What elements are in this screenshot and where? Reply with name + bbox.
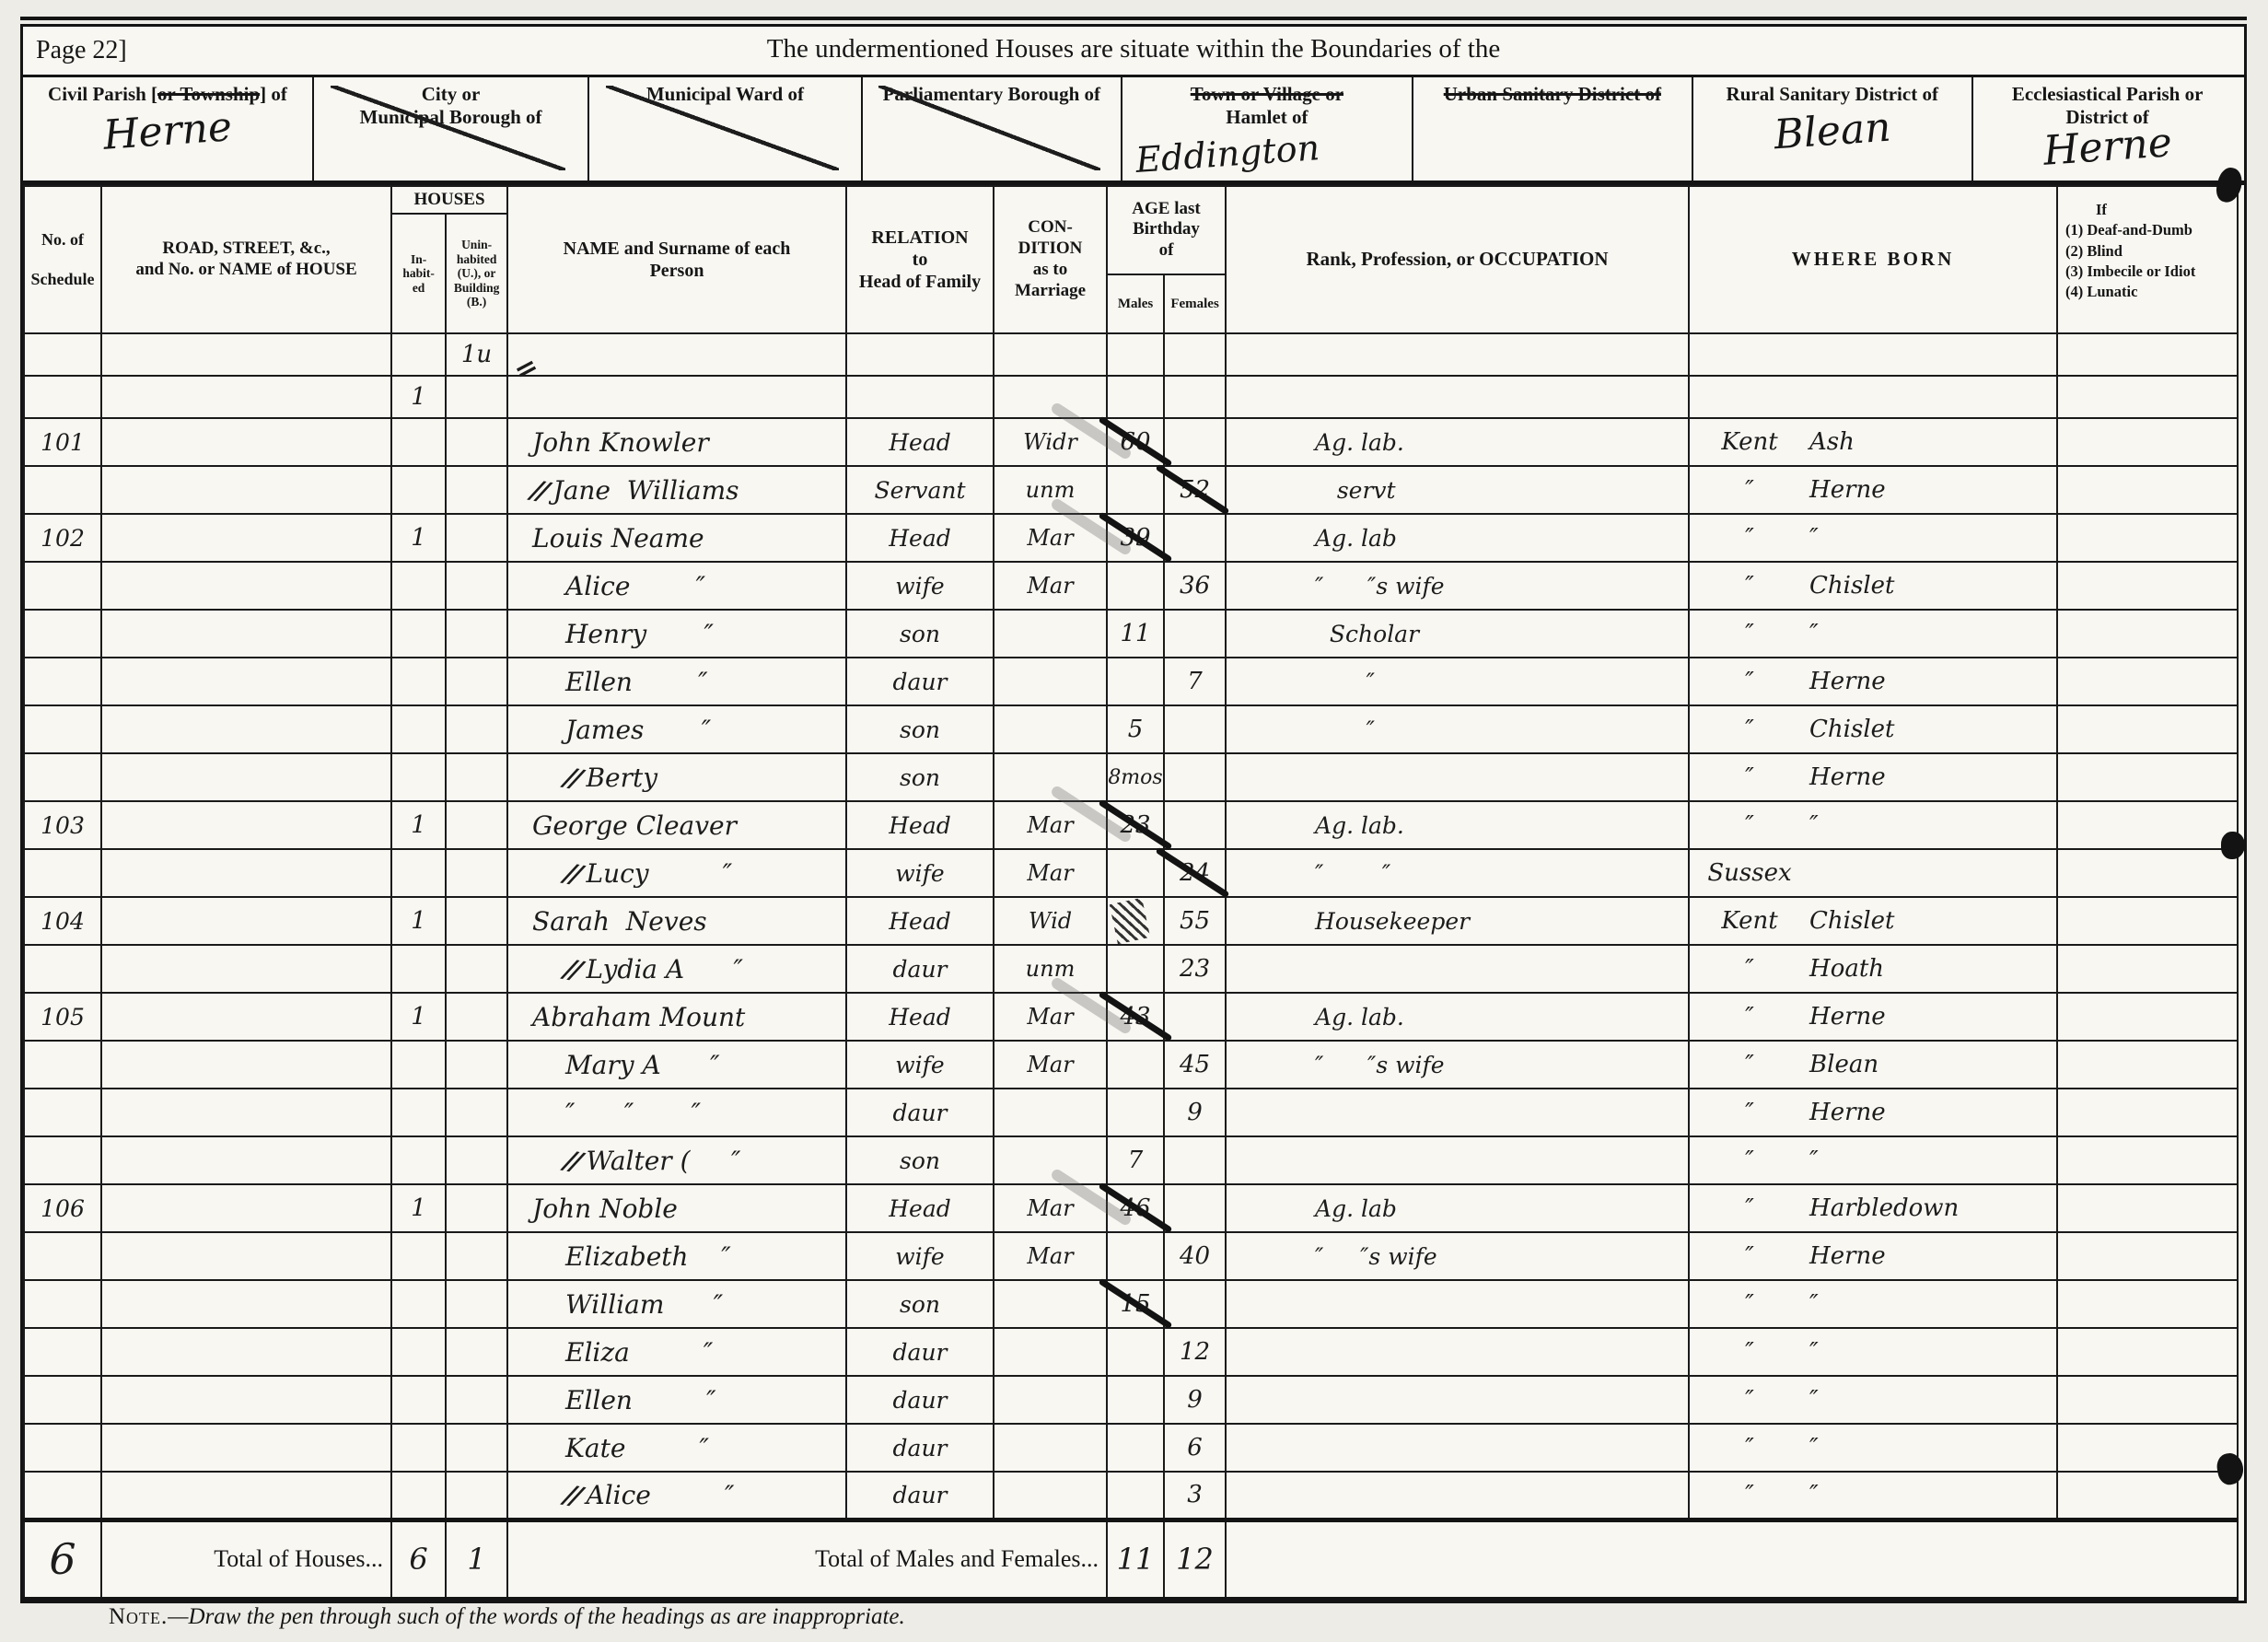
inhabited-cell: 1: [391, 1184, 446, 1232]
condition-cell: [994, 1328, 1107, 1376]
infirmities-cell: [2057, 466, 2238, 514]
inhabited-subheader: In- habit- ed: [392, 215, 447, 332]
occupation-cell: [1226, 376, 1689, 418]
where-born-cell: ″″: [1689, 1280, 2057, 1328]
uninhabited-cell: [446, 466, 507, 514]
age-females-cell: 9: [1164, 1376, 1226, 1424]
age-males-cell: [1107, 562, 1164, 610]
road-cell: [101, 333, 391, 376]
name-cell: ″ ″ ″: [507, 1089, 846, 1136]
infirmities-cell: [2057, 1376, 2238, 1424]
age-males-cell: [1107, 945, 1164, 993]
where-born-cell: ″″: [1689, 1136, 2057, 1184]
road-cell: [101, 1328, 391, 1376]
inhabited-cell: [391, 1089, 446, 1136]
where-born-cell: Sussex: [1689, 849, 2057, 897]
road-cell: [101, 993, 391, 1041]
where-born-cell: ″Herne: [1689, 1232, 2057, 1280]
age-males-cell: [1107, 1041, 1164, 1089]
occupation-cell: Ag. lab.: [1226, 801, 1689, 849]
table-row: William ″son15″″: [24, 1280, 2238, 1328]
age-females-cell: [1164, 753, 1226, 801]
condition-cell: Widr: [994, 418, 1107, 466]
condition-cell: Mar: [994, 514, 1107, 562]
district-header: Civil Parish [or Township] of Herne City…: [23, 77, 2244, 185]
name-cell: John Knowler: [507, 418, 846, 466]
table-row: //Alice ″daur3″″: [24, 1472, 2238, 1520]
table-row: //Lucy ″wifeMar24″ ″Sussex: [24, 849, 2238, 897]
infirmities-cell: [2057, 897, 2238, 945]
relation-cell: Head: [846, 1184, 994, 1232]
infirmities-cell: [2057, 610, 2238, 658]
schedule-cell: [24, 705, 101, 753]
where-born-cell: [1689, 333, 2057, 376]
condition-cell: [994, 1472, 1107, 1520]
table-row: Alice ″wifeMar36″ ″s wife″Chislet: [24, 562, 2238, 610]
relation-cell: son: [846, 610, 994, 658]
relation-cell: Servant: [846, 466, 994, 514]
age-females-cell: 55: [1164, 897, 1226, 945]
occupation-cell: ″ ″s wife: [1226, 562, 1689, 610]
town-village-value: Eddington: [1127, 121, 1407, 181]
schedule-cell: [24, 1280, 101, 1328]
occupation-cell: ″ ″s wife: [1226, 1041, 1689, 1089]
inhabited-cell: [391, 418, 446, 466]
schedule-cell: 101: [24, 418, 101, 466]
road-cell: [101, 1184, 391, 1232]
relation-cell: daur: [846, 1089, 994, 1136]
road-cell: [101, 1424, 391, 1472]
age-males-cell: [1107, 658, 1164, 705]
schedule-cell: 102: [24, 514, 101, 562]
infirmities-cell: [2057, 945, 2238, 993]
table-row: Eliza ″daur12″″: [24, 1328, 2238, 1376]
infirmities-cell: [2057, 514, 2238, 562]
uninhabited-cell: [446, 610, 507, 658]
schedule-cell: [24, 333, 101, 376]
where-born-cell: ″Chislet: [1689, 562, 2057, 610]
age-females-cell: 23: [1164, 945, 1226, 993]
age-males-cell: [1107, 376, 1164, 418]
where-born-cell: ″Herne: [1689, 993, 2057, 1041]
occupation-cell: Ag. lab: [1226, 514, 1689, 562]
occupation-cell: Ag. lab.: [1226, 993, 1689, 1041]
occupation-cell: ″: [1226, 705, 1689, 753]
inhabited-cell: [391, 1376, 446, 1424]
occupation-cell: Ag. lab: [1226, 1184, 1689, 1232]
table-row: 1031George CleaverHeadMar23Ag. lab.″″: [24, 801, 2238, 849]
name-cell: Sarah Neves: [507, 897, 846, 945]
infirmities-cell: [2057, 333, 2238, 376]
relation-cell: son: [846, 753, 994, 801]
civil-parish-cell: Civil Parish [or Township] of Herne: [23, 77, 314, 181]
age-males-cell: [1107, 897, 1164, 945]
road-cell: [101, 1232, 391, 1280]
inhabited-cell: [391, 333, 446, 376]
infirmities-cell: [2057, 418, 2238, 466]
occupation-cell: [1226, 1136, 1689, 1184]
total-inhabited-value: 6: [391, 1520, 446, 1599]
age-females-cell: [1164, 1280, 1226, 1328]
age-females-cell: 9: [1164, 1089, 1226, 1136]
condition-cell: Mar: [994, 1041, 1107, 1089]
age-males-cell: [1107, 1472, 1164, 1520]
uninhabited-cell: [446, 1424, 507, 1472]
where-born-cell: ″″: [1689, 1328, 2057, 1376]
condition-cell: [994, 705, 1107, 753]
table-row: ″ ″ ″daur9″Herne: [24, 1089, 2238, 1136]
schedule-cell: [24, 1041, 101, 1089]
relation-cell: wife: [846, 1232, 994, 1280]
road-cell: [101, 1280, 391, 1328]
where-born-cell: ″″: [1689, 801, 2057, 849]
road-cell: [101, 466, 391, 514]
schedule-cell: [24, 562, 101, 610]
where-born-cell: ″Hoath: [1689, 945, 2057, 993]
road-cell: [101, 610, 391, 658]
occupation-cell: [1226, 945, 1689, 993]
where-born-cell: ″Chislet: [1689, 705, 2057, 753]
infirmities-cell: [2057, 658, 2238, 705]
infirmities-cell: [2057, 849, 2238, 897]
inhabited-cell: 1: [391, 897, 446, 945]
inhabited-cell: [391, 1136, 446, 1184]
uninhabited-cell: [446, 514, 507, 562]
age-males-cell: [1107, 849, 1164, 897]
relation-cell: daur: [846, 1328, 994, 1376]
relation-cell: Head: [846, 897, 994, 945]
uninhabited-cell: [446, 705, 507, 753]
table-row: 1061John NobleHeadMar46Ag. lab″Harbledow…: [24, 1184, 2238, 1232]
uninhabited-cell: [446, 897, 507, 945]
age-males-cell: [1107, 333, 1164, 376]
parliamentary-borough-label: Parliamentary Borough of: [868, 83, 1115, 106]
houses-group-label: HOUSES: [392, 187, 506, 215]
condition-cell: Mar: [994, 993, 1107, 1041]
age-females-cell: [1164, 801, 1226, 849]
page-title: The undermentioned Houses are situate wi…: [23, 34, 2244, 64]
name-cell: [507, 376, 846, 418]
inhabited-cell: [391, 753, 446, 801]
footnote: Note.—Draw the pen through such of the w…: [109, 1604, 905, 1630]
uninhabited-cell: [446, 1328, 507, 1376]
uninhabited-cell: [446, 1041, 507, 1089]
where-born-cell: ″Harbledown: [1689, 1184, 2057, 1232]
where-born-cell: ″Blean: [1689, 1041, 2057, 1089]
road-cell: [101, 849, 391, 897]
relation-cell: [846, 376, 994, 418]
age-males-cell: 46: [1107, 1184, 1164, 1232]
schedule-cell: 103: [24, 801, 101, 849]
road-cell: [101, 514, 391, 562]
occupation-cell: [1226, 1472, 1689, 1520]
title-row: Page 22] The undermentioned Houses are s…: [23, 27, 2244, 77]
road-cell: [101, 1376, 391, 1424]
census-sheet: Page 22] The undermentioned Houses are s…: [20, 24, 2247, 1603]
age-males-cell: 8mos: [1107, 753, 1164, 801]
total-uninhabited-value: 1: [446, 1520, 507, 1599]
total-males-value: 11: [1107, 1520, 1164, 1599]
uninhabited-cell: 1u=: [446, 333, 507, 376]
schedule-column-header: No. of Schedule: [24, 186, 101, 333]
infirmities-cell: [2057, 1184, 2238, 1232]
road-cell: [101, 376, 391, 418]
road-cell: [101, 418, 391, 466]
road-cell: [101, 658, 391, 705]
census-table: No. of Schedule ROAD, STREET, &c., and N…: [23, 185, 2239, 1601]
name-cell: John Noble: [507, 1184, 846, 1232]
schedule-cell: [24, 1232, 101, 1280]
age-males-cell: 11: [1107, 610, 1164, 658]
table-row: //Walter ( ″son7″″: [24, 1136, 2238, 1184]
table-row: 1: [24, 376, 2238, 418]
infirmities-cell: [2057, 753, 2238, 801]
infirmities-cell: [2057, 705, 2238, 753]
uninhabited-cell: [446, 753, 507, 801]
totals-row: 6 Total of Houses... 6 1 Total of Males …: [24, 1520, 2238, 1599]
totals-empty-cell: [1226, 1520, 2238, 1599]
parliamentary-borough-cell: Parliamentary Borough of: [863, 77, 1122, 181]
inhabited-cell: [391, 562, 446, 610]
age-females-cell: [1164, 993, 1226, 1041]
name-cell: Eliza ″: [507, 1328, 846, 1376]
relation-cell: wife: [846, 1041, 994, 1089]
schedule-cell: [24, 1089, 101, 1136]
census-page: { "page": { "page_label": "Page 22]", "t…: [0, 0, 2268, 1642]
condition-cell: unm: [994, 466, 1107, 514]
age-group-label: AGE last Birthday of: [1108, 187, 1225, 275]
condition-cell: [994, 1424, 1107, 1472]
inhabited-cell: 1: [391, 376, 446, 418]
age-females-cell: 12: [1164, 1328, 1226, 1376]
condition-cell: Mar: [994, 801, 1107, 849]
inhabited-cell: [391, 1472, 446, 1520]
name-cell: //Lydia A ″: [507, 945, 846, 993]
infirmities-cell: [2057, 801, 2238, 849]
relation-cell: daur: [846, 945, 994, 993]
name-cell: James ″: [507, 705, 846, 753]
ecclesiastical-parish-cell: Ecclesiastical Parish or District of Her…: [1973, 77, 2242, 181]
table-row: Mary A ″wifeMar45″ ″s wife″Blean: [24, 1041, 2238, 1089]
houses-column-header: HOUSES In- habit- ed Unin- habited (U.),…: [391, 186, 507, 333]
condition-cell: [994, 658, 1107, 705]
age-males-cell: [1107, 1089, 1164, 1136]
relation-cell: Head: [846, 514, 994, 562]
condition-cell: [994, 1376, 1107, 1424]
uninhabited-cell: [446, 1136, 507, 1184]
condition-cell: [994, 753, 1107, 801]
inhabited-cell: [391, 610, 446, 658]
where-born-cell: ″″: [1689, 514, 2057, 562]
uninhabited-cell: [446, 1089, 507, 1136]
table-row: 1041Sarah NevesHeadWid55HousekeeperKentC…: [24, 897, 2238, 945]
road-cell: [101, 1472, 391, 1520]
age-males-cell: [1107, 1232, 1164, 1280]
relation-cell: Head: [846, 801, 994, 849]
inhabited-cell: 1: [391, 801, 446, 849]
name-cell: [507, 333, 846, 376]
age-males-cell: [1107, 1376, 1164, 1424]
census-table-body: 1u=1101John KnowlerHeadWidr60Ag. lab.Ken…: [24, 333, 2238, 1520]
inhabited-cell: [391, 1232, 446, 1280]
uninhabited-cell: [446, 1232, 507, 1280]
age-males-cell: 23: [1107, 801, 1164, 849]
uninhabited-cell: [446, 849, 507, 897]
age-females-cell: [1164, 418, 1226, 466]
uninhabited-cell: [446, 562, 507, 610]
age-females-cell: [1164, 1136, 1226, 1184]
road-cell: [101, 705, 391, 753]
occupation-cell: [1226, 753, 1689, 801]
table-row: //Jane WilliamsServantunm52 servt″Herne: [24, 466, 2238, 514]
infirmities-cell: [2057, 1328, 2238, 1376]
schedule-cell: [24, 376, 101, 418]
uninhabited-cell: [446, 1376, 507, 1424]
age-females-cell: 3: [1164, 1472, 1226, 1520]
relation-cell: son: [846, 1136, 994, 1184]
age-males-cell: 60: [1107, 418, 1164, 466]
name-cell: Kate ″: [507, 1424, 846, 1472]
name-cell: Elizabeth ″: [507, 1232, 846, 1280]
occupation-cell: [1226, 333, 1689, 376]
inhabited-cell: [391, 849, 446, 897]
table-row: 1051Abraham MountHeadMar43Ag. lab.″Herne: [24, 993, 2238, 1041]
name-cell: George Cleaver: [507, 801, 846, 849]
schedule-cell: [24, 1424, 101, 1472]
relation-cell: son: [846, 1280, 994, 1328]
total-houses-label: Total of Houses...: [101, 1520, 391, 1599]
municipal-ward-label: Municipal Ward of: [595, 83, 855, 106]
uninhabited-cell: [446, 945, 507, 993]
inhabited-cell: [391, 466, 446, 514]
name-cell: Henry ″: [507, 610, 846, 658]
condition-cell: [994, 376, 1107, 418]
age-females-cell: [1164, 610, 1226, 658]
relation-cell: Head: [846, 418, 994, 466]
age-females-cell: [1164, 514, 1226, 562]
condition-cell: [994, 1089, 1107, 1136]
table-row: Kate ″daur6″″: [24, 1424, 2238, 1472]
infirmities-cell: [2057, 1424, 2238, 1472]
uninhabited-cell: [446, 801, 507, 849]
rural-sanitary-value: Blean: [1697, 99, 1967, 164]
occupation-cell: ″ ″s wife: [1226, 1232, 1689, 1280]
age-females-cell: 36: [1164, 562, 1226, 610]
relation-cell: wife: [846, 562, 994, 610]
total-males-females-label: Total of Males and Females...: [507, 1520, 1107, 1599]
urban-sanitary-cell: Urban Sanitary District of: [1413, 77, 1693, 181]
road-cell: [101, 801, 391, 849]
schedule-cell: [24, 658, 101, 705]
rural-sanitary-cell: Rural Sanitary District of Blean: [1693, 77, 1973, 181]
age-females-cell: [1164, 333, 1226, 376]
road-cell: [101, 1089, 391, 1136]
condition-cell: Mar: [994, 562, 1107, 610]
relation-cell: daur: [846, 658, 994, 705]
municipal-borough-cell: City or Municipal Borough of: [314, 77, 589, 181]
table-row: //Bertyson8mos″Herne: [24, 753, 2238, 801]
uninhabited-cell: [446, 1280, 507, 1328]
uninhabited-subheader: Unin- habited (U.), or Building (B.): [447, 215, 506, 332]
schedule-cell: [24, 753, 101, 801]
name-cell: //Walter ( ″: [507, 1136, 846, 1184]
name-cell: Ellen ″: [507, 658, 846, 705]
age-females-cell: [1164, 376, 1226, 418]
inhabited-cell: [391, 1280, 446, 1328]
where-born-cell: KentChislet: [1689, 897, 2057, 945]
name-cell: //Lucy ″: [507, 849, 846, 897]
condition-column-header: CON- DITION as to Marriage: [994, 186, 1107, 333]
condition-cell: unm: [994, 945, 1107, 993]
table-row: 1021Louis NeameHeadMar39Ag. lab″″: [24, 514, 2238, 562]
occupation-cell: Ag. lab.: [1226, 418, 1689, 466]
occupation-cell: ″: [1226, 658, 1689, 705]
schedule-cell: 105: [24, 993, 101, 1041]
males-subheader: Males: [1108, 275, 1165, 332]
occupation-cell: Scholar: [1226, 610, 1689, 658]
road-column-header: ROAD, STREET, &c., and No. or NAME of HO…: [101, 186, 391, 333]
where-born-cell: ″″: [1689, 1376, 2057, 1424]
where-born-cell: ″″: [1689, 610, 2057, 658]
town-village-label: Town or Village orHamlet of: [1128, 83, 1406, 129]
where-born-column-header: WHERE BORN: [1689, 186, 2057, 333]
condition-cell: Mar: [994, 849, 1107, 897]
age-females-cell: [1164, 1184, 1226, 1232]
name-cell: Alice ″: [507, 562, 846, 610]
name-cell: Abraham Mount: [507, 993, 846, 1041]
relation-cell: [846, 333, 994, 376]
name-cell: Mary A ″: [507, 1041, 846, 1089]
relation-column-header: RELATION to Head of Family: [846, 186, 994, 333]
age-column-header: AGE last Birthday of Males Females: [1107, 186, 1226, 333]
municipal-borough-label: City or Municipal Borough of: [320, 83, 582, 129]
age-females-cell: 52: [1164, 466, 1226, 514]
name-cell: Louis Neame: [507, 514, 846, 562]
occupation-column-header: Rank, Profession, or OCCUPATION: [1226, 186, 1689, 333]
age-males-cell: 7: [1107, 1136, 1164, 1184]
inhabited-cell: [391, 1041, 446, 1089]
uninhabited-cell: [446, 1184, 507, 1232]
infirmities-cell: [2057, 1232, 2238, 1280]
occupation-cell: [1226, 1280, 1689, 1328]
infirmities-cell: [2057, 993, 2238, 1041]
schedule-cell: [24, 610, 101, 658]
inhabited-cell: [391, 705, 446, 753]
road-cell: [101, 562, 391, 610]
age-males-cell: [1107, 1328, 1164, 1376]
relation-cell: Head: [846, 993, 994, 1041]
schedule-cell: [24, 466, 101, 514]
schedule-cell: [24, 945, 101, 993]
condition-cell: [994, 333, 1107, 376]
age-males-cell: 43: [1107, 993, 1164, 1041]
inhabited-cell: 1: [391, 993, 446, 1041]
schedule-cell: [24, 849, 101, 897]
condition-cell: [994, 610, 1107, 658]
age-males-cell: 39: [1107, 514, 1164, 562]
total-females-value: 12: [1164, 1520, 1226, 1599]
condition-cell: Wid: [994, 897, 1107, 945]
road-cell: [101, 753, 391, 801]
where-born-cell: ″Herne: [1689, 658, 2057, 705]
table-row: 101John KnowlerHeadWidr60Ag. lab.KentAsh: [24, 418, 2238, 466]
inhabited-cell: [391, 945, 446, 993]
schedule-cell: 106: [24, 1184, 101, 1232]
infirmities-cell: [2057, 1280, 2238, 1328]
schedule-cell: [24, 1472, 101, 1520]
footnote-caption: Note.: [109, 1604, 168, 1629]
age-females-cell: 40: [1164, 1232, 1226, 1280]
